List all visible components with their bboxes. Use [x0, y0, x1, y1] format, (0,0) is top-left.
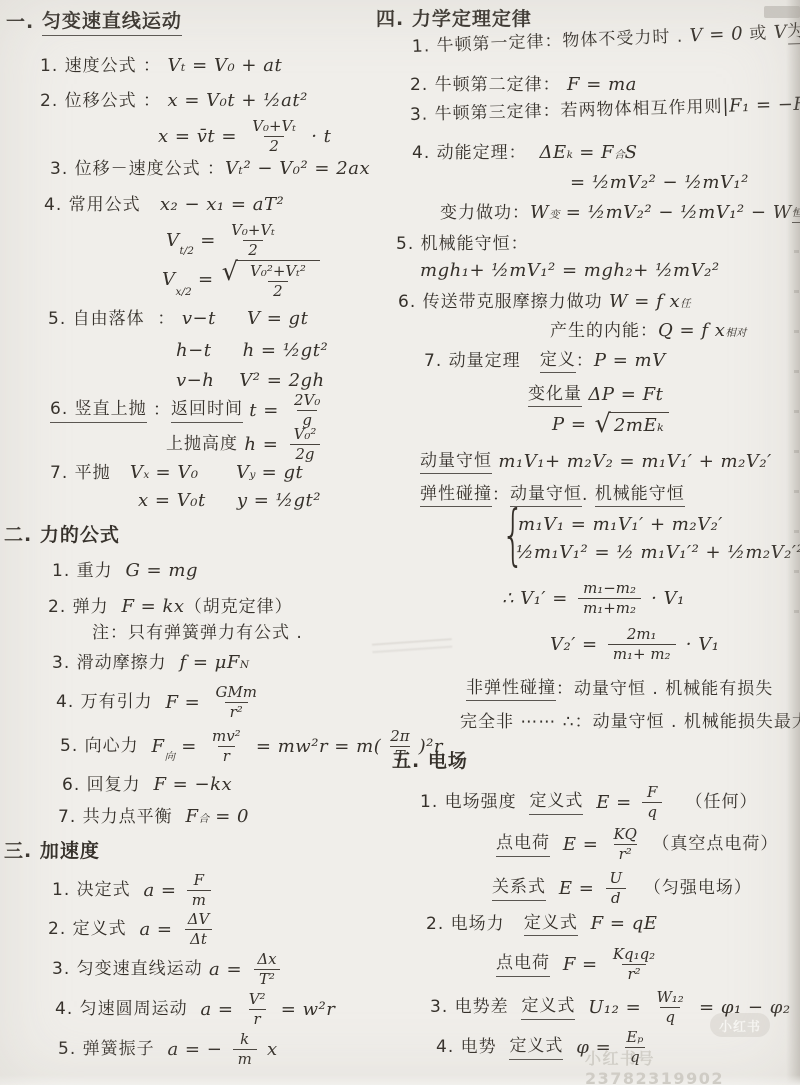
formula-line: 6. 回复力 F = −kx: [62, 774, 232, 797]
formula-line: 4. 万有引力 F = GMmr²: [56, 684, 266, 722]
formula-line: 1. 速度公式 ： Vₜ = V₀ + at: [40, 55, 282, 78]
fraction: m₁−m₂m₁+m₂: [578, 580, 641, 618]
formula-line: x = V₀t y = ½gt²: [138, 490, 321, 513]
formula-line: 3. 滑动摩擦力 f = μFN: [52, 652, 249, 675]
formula-line: m₁V₁ = m₁V₁′ + m₂V₂′: [518, 514, 723, 537]
erased-smudge: [371, 627, 453, 661]
fraction: V₀+Vₜ2: [226, 222, 280, 260]
fraction: V₀+Vₜ2: [247, 118, 301, 156]
formula-line: 1. 重力 G = mg: [52, 560, 198, 583]
formula-line: 2. 牛顿第二定律： F = ma: [410, 74, 637, 97]
formula-line: 1. 决定式 a = Fm: [52, 872, 215, 910]
formula-line: 弹性碰撞：动量守恒. 机械能守恒: [420, 484, 685, 507]
formula-line: 7. 动量定理 定义：P = mV: [424, 350, 666, 373]
formula-line: V₂′ = 2m₁m₁+ m₂ · V₁: [550, 626, 719, 664]
fraction: Kq₁q₂r²: [608, 946, 660, 984]
formula-line: 3. 牛顿第三定律：若两物体相互作用则|F₁ = −F₂: [410, 93, 800, 126]
formula-line: 动量守恒 m₁V₁+ m₂V₂ = m₁V₁′ + m₂V₂′: [420, 451, 772, 474]
formula-line: 4. 常用公式 x₂ − x₁ = aT²: [44, 194, 284, 217]
formula-line: 6. 传送带克服摩擦力做功 W = f x任: [398, 291, 691, 314]
formula-line: 1. 电场强度 定义式 E = Fq （任何）: [420, 784, 758, 822]
radical-symbol: √: [595, 412, 611, 438]
formula-line: 3. 位移－速度公式 ：Vₜ² − V₀² = 2ax: [50, 158, 370, 181]
section-heading-5: 五. 电场: [392, 750, 468, 774]
fraction: 2m₁m₁+ m₂: [608, 626, 676, 664]
section-heading-3: 三. 加速度: [4, 840, 100, 864]
formula-line: 变力做功：W变 = ½mV₂² − ½mV₁² − W恒: [440, 202, 800, 225]
formula-line: 2. 定义式 a = ΔVΔt: [48, 911, 218, 949]
formula-line: 注：只有弹簧弹力有公式 .: [92, 623, 303, 644]
formula-line: = ½mV₂² − ½mV₁²: [570, 172, 749, 195]
formula-line: 5. 向心力 F向 = mv²r = mw²r = m(2πT)²r: [60, 728, 443, 766]
fraction: V²r: [244, 991, 271, 1029]
formula-line: 7. 共力点平衡 F合 = 0: [58, 806, 249, 829]
formula-line: 4. 匀速圆周运动 a = V²r = w²r: [55, 991, 335, 1029]
formula-line: ½m₁V₁² = ½ m₁V₁′² + ½m₂V₂′²: [516, 542, 800, 565]
fraction: Ud: [605, 870, 628, 908]
formula-line: 2. 弹力 F = kx（胡克定律）: [48, 596, 293, 619]
fraction: V₀²+Vₜ²2: [245, 263, 311, 301]
fraction: Eₚq: [621, 1029, 648, 1067]
formula-line: 5. 弹簧振子 a = − km x: [58, 1031, 278, 1069]
fraction: KQr²: [609, 826, 642, 864]
radical-symbol: √: [222, 260, 238, 286]
formula-line: v−h V² = 2gh: [176, 370, 325, 393]
fraction: km: [233, 1031, 257, 1069]
formula-line: 上抛高度 h = V₀²2g: [166, 426, 325, 464]
section-heading-4: 四. 力学定理定律: [376, 8, 532, 32]
formula-line: 2. 位移公式 ： x = V₀t + ½at²: [40, 90, 308, 113]
formula-line: Vt/2 = V₀+Vₜ2: [166, 222, 284, 260]
notes-page: 小红书 小红书号 23782319902 一. 匀变速直线运动1. 速度公式 ：…: [0, 0, 800, 1085]
section-heading-2: 二. 力的公式: [4, 524, 120, 548]
fraction: GMmr²: [211, 684, 262, 722]
formula-line: h−t h = ½gt²: [176, 340, 328, 363]
formula-line: 5. 机械能守恒：: [396, 234, 529, 255]
formula-line: 非弹性碰撞：动量守恒 . 机械能有损失: [466, 678, 773, 701]
formula-line: 变化量 ΔP = Ft: [528, 384, 663, 407]
formula-line: ∴ V₁′ = m₁−m₂m₁+m₂ · V₁: [502, 580, 685, 618]
formula-line: 7. 平抛 Vx = V₀ Vy = gt: [50, 462, 303, 485]
formula-line: Vx/2 = √V₀²+Vₜ²2: [162, 260, 320, 301]
formula-line: 6. 竖直上抛 ：返回时间 t = 2V₀g: [50, 392, 329, 430]
formula-line: 完全非 ⋯⋯ ∴：动量守恒 . 机械能损失最大: [460, 712, 800, 733]
formula-line: x = v̄t = V₀+Vₜ2 · t: [158, 118, 331, 156]
formula-line: 2. 电场力 定义式 F = qE: [426, 913, 657, 936]
fraction: mv²r: [207, 728, 246, 766]
page-edge-marks: [794, 210, 799, 640]
fraction: Fq: [642, 784, 662, 822]
formula-line: 点电荷 F = Kq₁q₂r²: [496, 946, 664, 984]
formula-line: 产生的内能：Q = f x相对: [550, 320, 746, 343]
fraction: ΔVΔt: [183, 911, 215, 949]
formula-line: 3. 电势差 定义式 U₁₂ = W₁₂q = φ₁ − φ₂: [430, 989, 791, 1027]
sqrt: √2mEₖ: [595, 412, 670, 438]
fraction: ΔxT²: [252, 951, 281, 989]
formula-line: 4. 动能定理： ΔEk = F合S: [412, 142, 637, 165]
sqrt: √V₀²+Vₜ²2: [222, 260, 320, 301]
formula-line: 4. 电势 定义式 φ = Eₚq: [436, 1029, 652, 1067]
fraction: Fm: [187, 872, 211, 910]
formula-line: 点电荷 E = KQr² （真空点电荷）: [496, 826, 778, 864]
section-heading-1: 一. 匀变速直线运动: [6, 10, 182, 36]
fraction: V₀²2g: [289, 426, 322, 464]
formula-line: mgh₁+ ½mV₁² = mgh₂+ ½mV₂²: [420, 260, 720, 283]
formula-line: 5. 自由落体 ： v−t V = gt: [48, 308, 308, 331]
formula-line: 关系式 E = Ud （匀强电场）: [492, 870, 752, 908]
formula-line: 3. 匀变速直线运动 a = ΔxT²: [52, 951, 286, 989]
formula-line: P = √2mEₖ: [552, 412, 669, 438]
fraction: W₁₂q: [651, 989, 688, 1027]
